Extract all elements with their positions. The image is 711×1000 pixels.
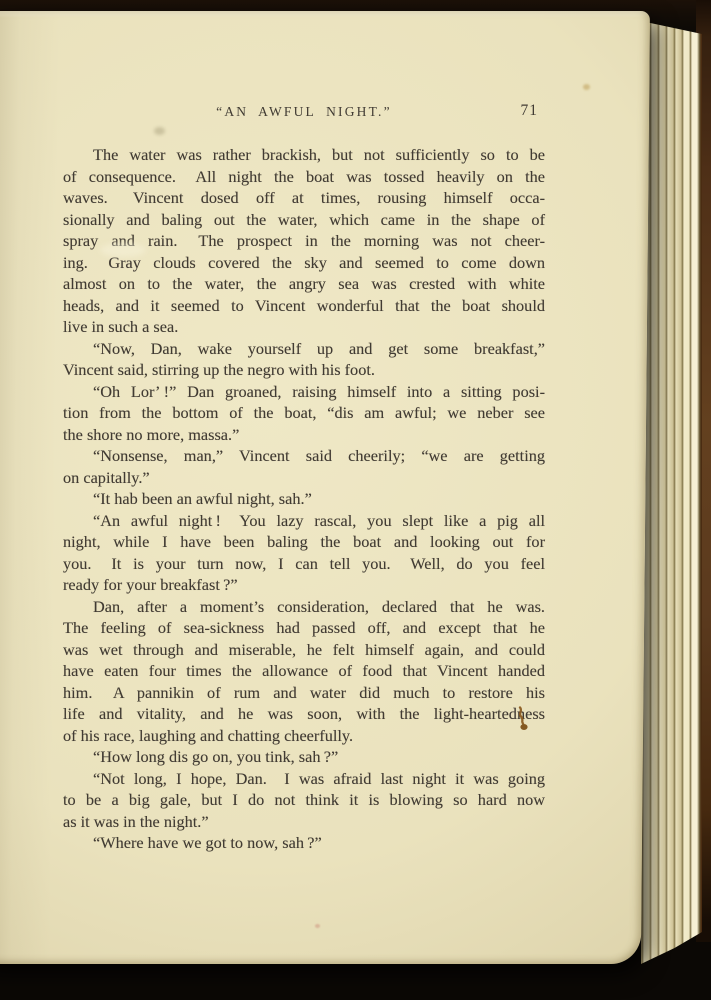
page-number: 71 — [521, 103, 539, 119]
paragraph: Dan, after a moment’s consideration, dec… — [63, 596, 545, 747]
text-line: live in such a sea. — [63, 316, 545, 338]
text-line: “Nonsense, man,” Vincent said cheerily; … — [63, 445, 545, 467]
text-line: “Now, Dan, wake yourself up and get some… — [63, 338, 545, 360]
text-line: of consequence. All night the boat was t… — [63, 166, 545, 188]
paragraph: “Not long, I hope, Dan. I was afraid las… — [63, 768, 545, 833]
foxing-speck — [154, 127, 165, 135]
text-line: Dan, after a moment’s consideration, dec… — [63, 596, 545, 618]
text-line: waves. Vincent dosed off at times, rousi… — [63, 187, 545, 209]
paragraph: “An awful night ! You lazy rascal, you s… — [63, 510, 545, 596]
scanned-book-photo: “AN AWFUL NIGHT.” 71 The water was rathe… — [0, 0, 711, 1000]
text-line: “Not long, I hope, Dan. I was afraid las… — [63, 768, 545, 790]
text-line: “Oh Lor’ !” Dan groaned, raising himself… — [63, 381, 545, 403]
text-line: “An awful night ! You lazy rascal, you s… — [63, 510, 545, 532]
text-line: tion from the bottom of the boat, “dis a… — [63, 402, 545, 424]
foxing-speck — [583, 84, 590, 90]
text-line: almost on to the water, the angry sea wa… — [63, 273, 545, 295]
text-line: Vincent said, stirring up the negro with… — [63, 359, 545, 381]
text-line: sionally and baling out the water, which… — [63, 209, 545, 231]
text-line: him. A pannikin of rum and water did muc… — [63, 682, 545, 704]
paper-smudge — [100, 243, 146, 257]
text-line: the shore no more, massa.” — [63, 424, 545, 446]
running-header: “AN AWFUL NIGHT.” 71 — [63, 104, 545, 122]
paragraph: “It hab been an awful night, sah.” — [63, 488, 545, 510]
text-line: you. It is your turn now, I can tell you… — [63, 553, 545, 575]
text-line: life and vitality, and he was soon, with… — [63, 703, 545, 725]
running-title: “AN AWFUL NIGHT.” — [63, 104, 545, 120]
text-line: was wet through and miserable, he felt h… — [63, 639, 545, 661]
text-line: night, while I have been baling the boat… — [63, 531, 545, 553]
paragraph: “Where have we got to now, sah ?” — [63, 832, 545, 854]
paragraph: “Oh Lor’ !” Dan groaned, raising himself… — [63, 381, 545, 446]
text-line: “Where have we got to now, sah ?” — [63, 832, 545, 854]
text-line: as it was in the night.” — [63, 811, 545, 833]
foxing-speck — [315, 924, 320, 928]
text-line: The water was rather brackish, but not s… — [63, 144, 545, 166]
text-line: heads, and it seemed to Vincent wonderfu… — [63, 295, 545, 317]
paragraph: The water was rather brackish, but not s… — [63, 144, 545, 338]
paragraph: “How long dis go on, you tink, sah ?” — [63, 746, 545, 768]
text-line: ready for your breakfast ?” — [63, 574, 545, 596]
paragraph: “Now, Dan, wake yourself up and get some… — [63, 338, 545, 381]
text-line: “It hab been an awful night, sah.” — [63, 488, 545, 510]
text-line: on capitally.” — [63, 467, 545, 489]
paragraph: “Nonsense, man,” Vincent said cheerily; … — [63, 445, 545, 488]
page-content: “AN AWFUL NIGHT.” 71 The water was rathe… — [0, 0, 711, 1000]
text-line: to be a big gale, but I do not think it … — [63, 789, 545, 811]
ink-stain — [514, 706, 532, 733]
text-line: “How long dis go on, you tink, sah ?” — [63, 746, 545, 768]
text-line: have eaten four times the allowance of f… — [63, 660, 545, 682]
text-line: of his race, laughing and chatting cheer… — [63, 725, 545, 747]
text-line: The feeling of sea-sickness had passed o… — [63, 617, 545, 639]
